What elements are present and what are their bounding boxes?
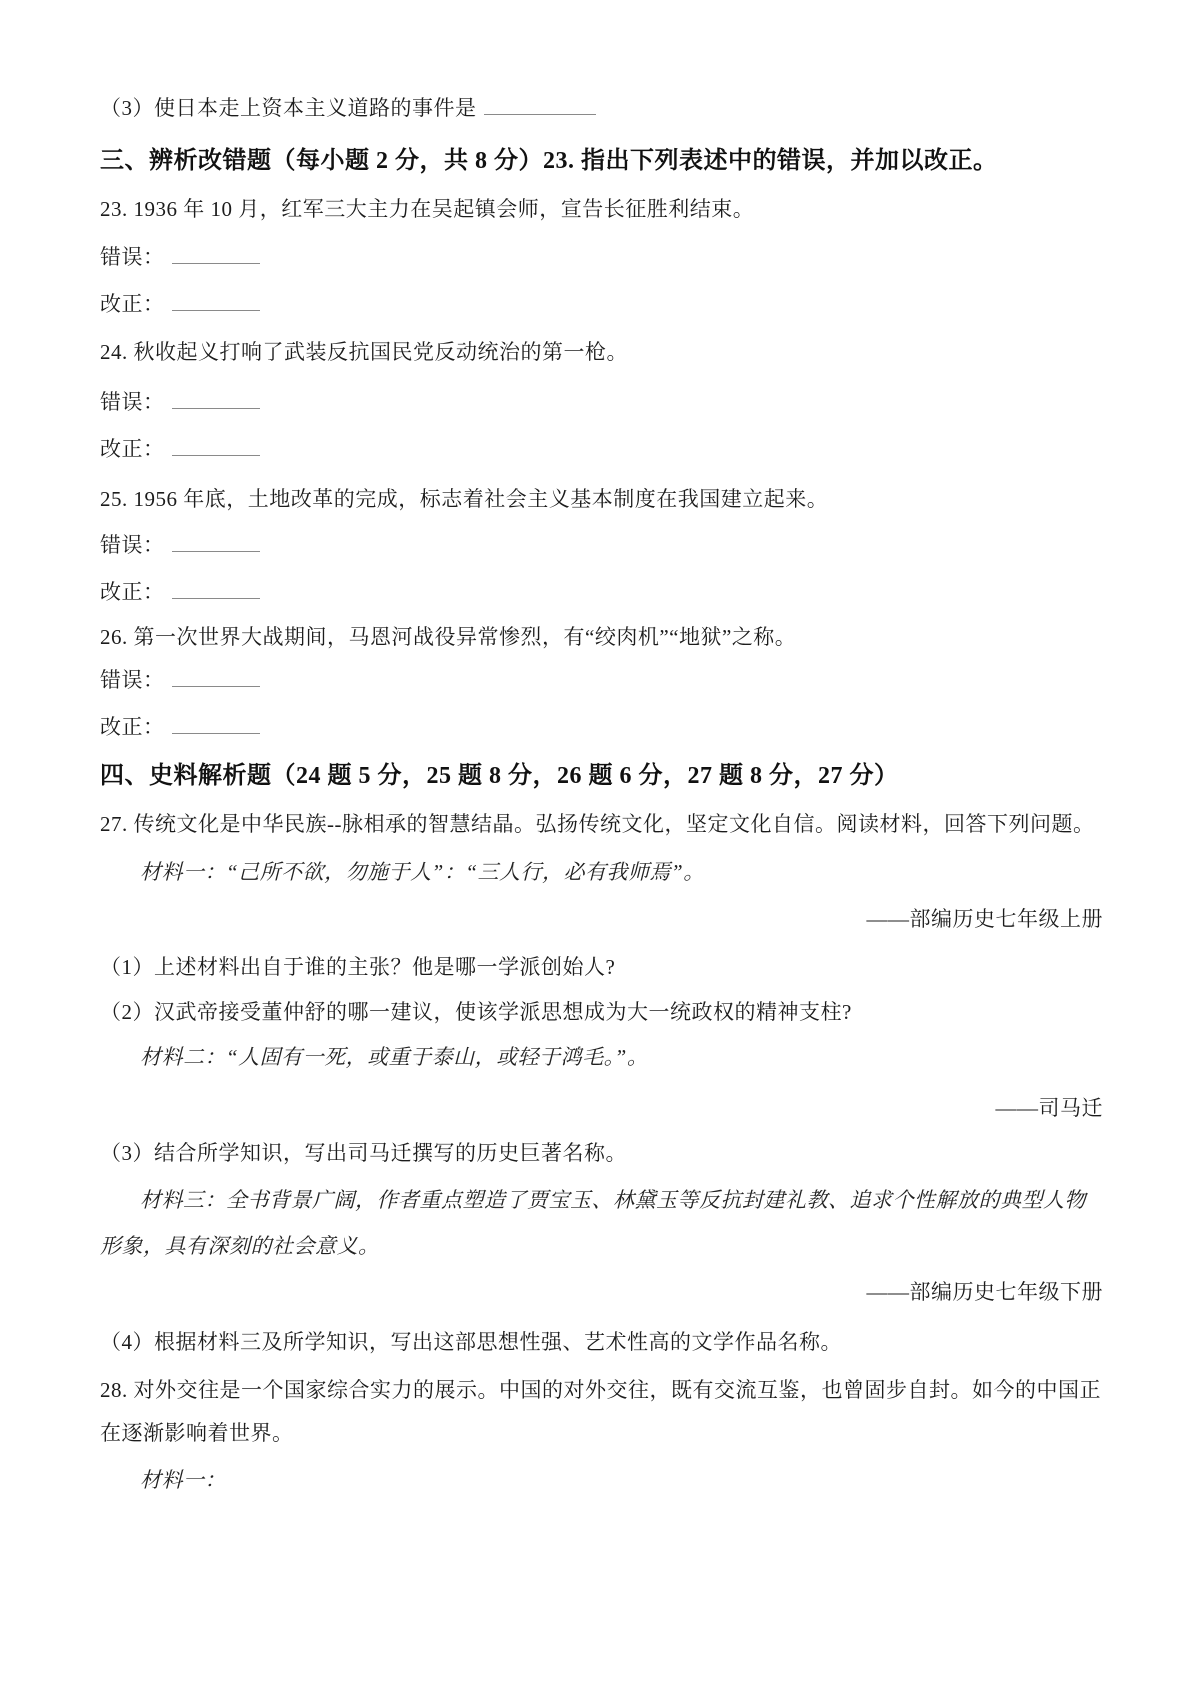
- answer-blank: [172, 533, 260, 552]
- document-line: 改正：: [100, 437, 260, 461]
- document-line: （1）上述材料出自于谁的主张？他是哪一学派创始人?: [100, 955, 615, 979]
- line-text: 26. 第一次世界大战期间，马恩河战役异常惨烈，有“绞肉机”“地狱”之称。: [100, 625, 796, 649]
- line-text: ——司马迁: [996, 1096, 1104, 1120]
- document-line: 错误：: [100, 245, 260, 269]
- line-text: 材料三：全书背景广阔，作者重点塑造了贾宝玉、林黛玉等反抗封建礼教、追求个性解放的…: [140, 1188, 1086, 1212]
- answer-blank: [172, 668, 260, 687]
- document-line: 28. 对外交往是一个国家综合实力的展示。中国的对外交往，既有交流互鉴，也曾固步…: [100, 1378, 1101, 1402]
- line-text: 改正：: [100, 292, 165, 316]
- document-line: 改正：: [100, 715, 260, 739]
- document-line: 27. 传统文化是中华民族--脉相承的智慧结晶。弘扬传统文化，坚定文化自信。阅读…: [100, 812, 1094, 836]
- line-text: 24. 秋收起义打响了武装反抗国民党反动统治的第一枪。: [100, 340, 628, 364]
- answer-blank: [484, 96, 596, 115]
- answer-blank: [172, 390, 260, 409]
- line-text: 错误：: [100, 668, 165, 692]
- line-text: 改正：: [100, 715, 165, 739]
- material-quote: 材料三：全书背景广阔，作者重点塑造了贾宝玉、林黛玉等反抗封建礼教、追求个性解放的…: [140, 1188, 1086, 1212]
- line-text: 形象，具有深刻的社会意义。: [100, 1234, 380, 1258]
- line-text: 错误：: [100, 390, 165, 414]
- document-line: （3）使日本走上资本主义道路的事件是: [100, 96, 596, 120]
- line-text: （1）上述材料出自于谁的主张？他是哪一学派创始人?: [100, 955, 615, 979]
- document-line: 改正：: [100, 292, 260, 316]
- document-line: （3）结合所学知识，写出司马迁撰写的历史巨著名称。: [100, 1141, 627, 1165]
- source-attribution: ——部编历史七年级下册: [867, 1280, 1104, 1304]
- source-attribution: ——司马迁: [996, 1096, 1104, 1120]
- line-text: 27. 传统文化是中华民族--脉相承的智慧结晶。弘扬传统文化，坚定文化自信。阅读…: [100, 812, 1094, 836]
- section-heading: 三、辨析改错题（每小题 2 分，共 8 分）23. 指出下列表述中的错误，并加以…: [100, 148, 998, 176]
- line-text: （3）结合所学知识，写出司马迁撰写的历史巨著名称。: [100, 1141, 627, 1165]
- line-text: （4）根据材料三及所学知识，写出这部思想性强、艺术性高的文学作品名称。: [100, 1330, 842, 1354]
- line-text: 25. 1956 年底，土地改革的完成，标志着社会主义基本制度在我国建立起来。: [100, 487, 828, 511]
- document-line: 错误：: [100, 390, 260, 414]
- line-text: 错误：: [100, 533, 165, 557]
- line-text: 错误：: [100, 245, 165, 269]
- answer-blank: [172, 715, 260, 734]
- document-line: （2）汉武帝接受董仲舒的哪一建议，使该学派思想成为大一统政权的精神支柱?: [100, 1000, 852, 1024]
- answer-blank: [172, 580, 260, 599]
- line-text: 改正：: [100, 437, 165, 461]
- section-heading: 四、史料解析题（24 题 5 分，25 题 8 分，26 题 6 分，27 题 …: [100, 763, 899, 791]
- line-text: （3）使日本走上资本主义道路的事件是: [100, 96, 477, 120]
- line-text: 28. 对外交往是一个国家综合实力的展示。中国的对外交往，既有交流互鉴，也曾固步…: [100, 1378, 1101, 1402]
- material-quote: 形象，具有深刻的社会意义。: [100, 1234, 380, 1258]
- line-text: （2）汉武帝接受董仲舒的哪一建议，使该学派思想成为大一统政权的精神支柱?: [100, 1000, 852, 1024]
- document-line: 错误：: [100, 668, 260, 692]
- document-line: 改正：: [100, 580, 260, 604]
- line-text: ——部编历史七年级下册: [867, 1280, 1104, 1304]
- line-text: 材料一：“己所不欲，勿施于人”：“三人行，必有我师焉”。: [140, 860, 705, 884]
- line-text: 材料二：“人固有一死，或重于泰山，或轻于鸿毛。”。: [140, 1045, 648, 1069]
- line-text: ——部编历史七年级上册: [867, 907, 1104, 931]
- document-line: 24. 秋收起义打响了武装反抗国民党反动统治的第一枪。: [100, 340, 628, 364]
- line-text: 四、史料解析题（24 题 5 分，25 题 8 分，26 题 6 分，27 题 …: [100, 763, 899, 789]
- line-text: 材料一：: [140, 1468, 226, 1492]
- line-text: 三、辨析改错题（每小题 2 分，共 8 分）23. 指出下列表述中的错误，并加以…: [100, 148, 998, 174]
- material-quote: 材料一：: [140, 1468, 226, 1492]
- material-quote: 材料二：“人固有一死，或重于泰山，或轻于鸿毛。”。: [140, 1045, 648, 1069]
- exam-page: （3）使日本走上资本主义道路的事件是三、辨析改错题（每小题 2 分，共 8 分）…: [0, 0, 1200, 1698]
- document-line: 在逐渐影响着世界。: [100, 1421, 294, 1445]
- answer-blank: [172, 245, 260, 264]
- source-attribution: ——部编历史七年级上册: [867, 907, 1104, 931]
- document-line: 26. 第一次世界大战期间，马恩河战役异常惨烈，有“绞肉机”“地狱”之称。: [100, 625, 796, 649]
- line-text: 在逐渐影响着世界。: [100, 1421, 294, 1445]
- document-line: （4）根据材料三及所学知识，写出这部思想性强、艺术性高的文学作品名称。: [100, 1330, 842, 1354]
- answer-blank: [172, 437, 260, 456]
- answer-blank: [172, 292, 260, 311]
- line-text: 改正：: [100, 580, 165, 604]
- material-quote: 材料一：“己所不欲，勿施于人”：“三人行，必有我师焉”。: [140, 860, 705, 884]
- line-text: 23. 1936 年 10 月，红军三大主力在吴起镇会师，宣告长征胜利结束。: [100, 197, 754, 221]
- document-line: 25. 1956 年底，土地改革的完成，标志着社会主义基本制度在我国建立起来。: [100, 487, 828, 511]
- document-line: 错误：: [100, 533, 260, 557]
- document-line: 23. 1936 年 10 月，红军三大主力在吴起镇会师，宣告长征胜利结束。: [100, 197, 754, 221]
